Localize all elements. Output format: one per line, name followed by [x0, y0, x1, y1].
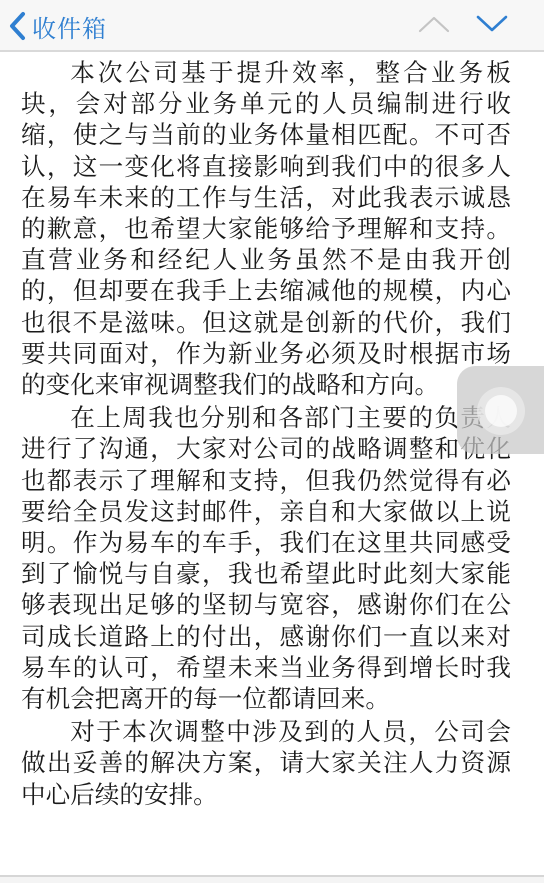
- chevron-up-icon: [418, 14, 450, 38]
- back-label: 收件箱: [32, 9, 107, 44]
- message-paragraph-2: 在上周我也分别和各部门主要的负责人进行了沟通，大家对公司的战略调整和优化也都表示…: [21, 402, 511, 714]
- previous-message-button[interactable]: [416, 10, 452, 42]
- back-to-inbox-button[interactable]: 收件箱: [8, 8, 107, 44]
- assistive-touch-button[interactable]: [457, 366, 544, 454]
- chevron-left-icon: [8, 11, 26, 41]
- message-paragraph-3: 对于本次调整中涉及到的人员，公司会做出妥善的解决方案，请大家关注人力资源中心后续…: [21, 716, 511, 810]
- navigation-bar: 收件箱: [0, 0, 544, 52]
- bottom-toolbar: [0, 875, 544, 883]
- assistive-touch-icon: [477, 387, 525, 435]
- chevron-down-icon: [476, 14, 508, 38]
- message-paragraph-1: 本次公司基于提升效率，整合业务板块，会对部分业务单元的人员编制进行收缩，使之与当…: [21, 57, 511, 400]
- assistive-touch-icon-center: [485, 395, 517, 427]
- message-body: 本次公司基于提升效率，整合业务板块，会对部分业务单元的人员编制进行收缩，使之与当…: [21, 57, 511, 810]
- next-message-button[interactable]: [474, 10, 510, 42]
